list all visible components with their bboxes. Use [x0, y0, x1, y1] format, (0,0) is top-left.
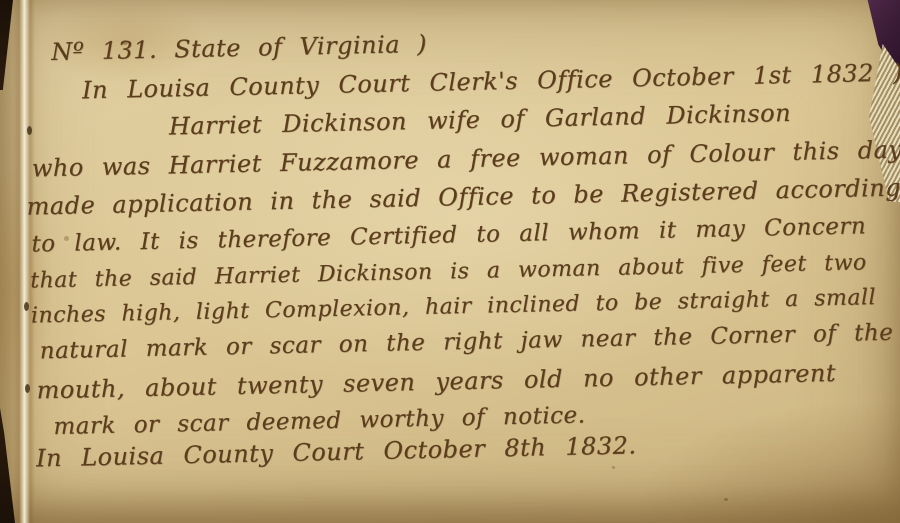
handwritten-line-5: made application in the said Office to b…: [26, 174, 900, 221]
document-photo: Nº 131. State of Virginia ) In Louisa Co…: [0, 0, 900, 523]
handwritten-line-10: mouth, about twenty seven years old no o…: [36, 359, 836, 404]
handwritten-line-9: natural mark or scar on the right jaw ne…: [39, 320, 893, 365]
handwritten-line-1: Nº 131. State of Virginia ): [51, 30, 427, 66]
handwritten-line-2: In Louisa County Court Clerk's Office Oc…: [82, 58, 900, 104]
handwritten-text: Nº 131. State of Virginia ) In Louisa Co…: [19, 2, 895, 507]
handwritten-line-3: Harriet Dickinson wife of Garland Dickin…: [169, 99, 792, 141]
paper-speck: [724, 498, 728, 501]
handwritten-line-6: to law. It is therefore Certified to all…: [31, 213, 866, 257]
